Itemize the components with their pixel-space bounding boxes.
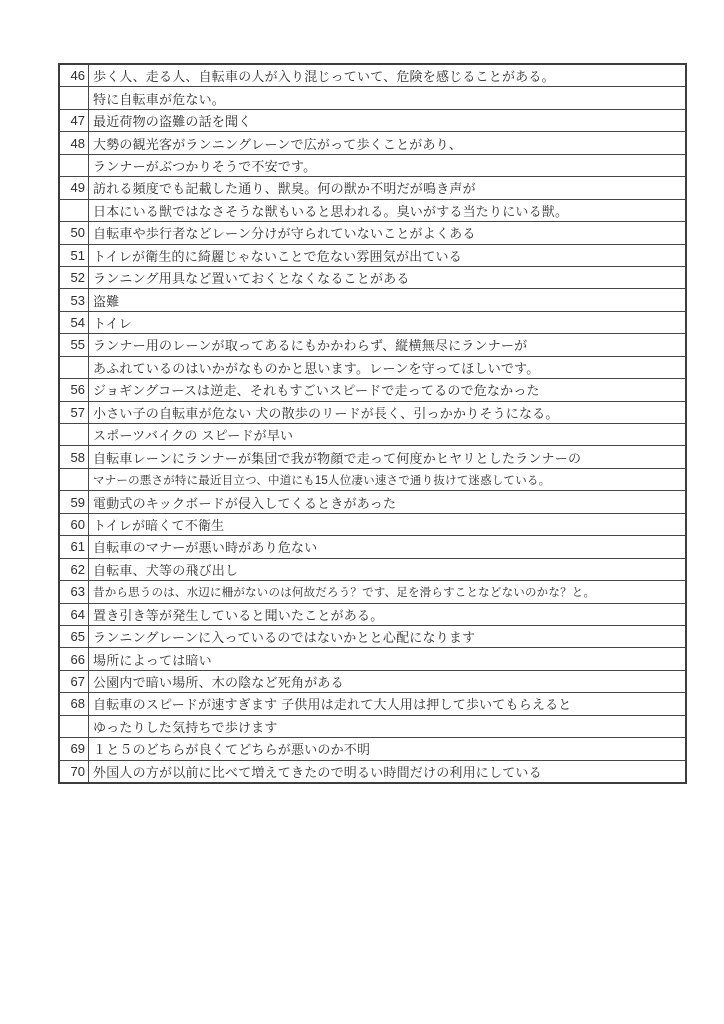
row-number-cell: 52 [60,267,89,288]
row-number-cell: 46 [60,65,89,86]
row-response-text: 自転車のスピードが速すぎます 子供用は走れて大人用は押して歩いてもらえると [89,693,685,714]
row-response-text: ジョギングコースは逆走、それもすごいスピードで走ってるので危なかった [89,379,685,400]
table-row: 57小さい子の自転車が危ない 犬の散歩のリードが長く、引っかかりそうになる。 [60,401,685,423]
row-number-cell: 65 [60,626,89,647]
table-row: 60トイレが暗くて不衛生 [60,513,685,535]
row-number-cell: 66 [60,648,89,669]
row-response-text: 置き引き等が発生していると聞いたことがある。 [89,604,685,625]
row-response-text: 最近荷物の盗難の話を聞く [89,110,685,131]
row-number-cell [60,155,89,176]
table-row: 特に自転車が危ない。 [60,86,685,108]
table-row: 67公園内で暗い場所、木の陰など死角がある [60,670,685,692]
row-response-text: ゆったりした気持ちで歩けます [89,716,685,737]
row-response-text: 小さい子の自転車が危ない 犬の散歩のリードが長く、引っかかりそうになる。 [89,402,685,423]
row-number-cell: 70 [60,761,89,782]
row-number-cell: 67 [60,671,89,692]
row-response-text: トイレが暗くて不衛生 [89,514,685,535]
row-number-cell [60,424,89,445]
table-row: 51トイレが衛生的に綺麗じゃないことで危ない雰囲気が出ている [60,244,685,266]
row-number-cell: 56 [60,379,89,400]
row-number-cell: 69 [60,738,89,759]
row-response-text: 外国人の方が以前に比べて増えてきたので明るい時間だけの利用にしている [89,761,685,782]
table-row: 68自転車のスピードが速すぎます 子供用は走れて大人用は押して歩いてもらえると [60,692,685,714]
table-row: 49訪れる頻度でも記載した通り、獣臭。何の獣か不明だが鳴き声が [60,176,685,198]
row-number-cell: 48 [60,132,89,153]
table-row: 48大勢の観光客がランニングレーンで広がって歩くことがあり、 [60,131,685,153]
row-number-cell: 50 [60,222,89,243]
row-number-cell: 64 [60,604,89,625]
row-response-text: 電動式のキックボードが侵入してくるときがあった [89,491,685,512]
row-response-text: 自転車や歩行者などレーン分けが守られていないことがよくある [89,222,685,243]
row-response-text: 自転車、犬等の飛び出し [89,559,685,580]
row-response-text: トイレが衛生的に綺麗じゃないことで危ない雰囲気が出ている [89,245,685,266]
row-response-text: トイレ [89,312,685,333]
table-row: マナーの悪さが特に最近目立つ、中道にも15人位凄い速さで通り抜けて迷惑している。 [60,468,685,490]
table-row: 64置き引き等が発生していると聞いたことがある。 [60,603,685,625]
row-number-cell: 55 [60,334,89,355]
row-response-text: 特に自転車が危ない。 [89,87,685,108]
row-number-cell: 61 [60,536,89,557]
row-response-text: 場所によっては暗い [89,648,685,669]
row-response-text: 歩く人、走る人、自転車の人が入り混じっていて、危険を感じることがある。 [89,65,685,86]
table-row: 47最近荷物の盗難の話を聞く [60,109,685,131]
row-number-cell [60,357,89,378]
row-response-text: 公園内で暗い場所、木の陰など死角がある [89,671,685,692]
row-number-cell: 47 [60,110,89,131]
table-row: 66場所によっては暗い [60,647,685,669]
row-number-cell: 68 [60,693,89,714]
row-number-cell: 60 [60,514,89,535]
table-row: 56ジョギングコースは逆走、それもすごいスピードで走ってるので危なかった [60,378,685,400]
row-response-text: ランニングレーンに入っているのではないかとと心配になります [89,626,685,647]
table-row: 54トイレ [60,311,685,333]
table-row: 52ランニング用具など置いておくとなくなることがある [60,266,685,288]
row-response-text: 昔から思うのは、水辺に柵がないのは何故だろう？です、足を滑らすことなどないのかな… [89,581,685,602]
row-response-text: 自転車のマナーが悪い時があり危ない [89,536,685,557]
row-number-cell: 62 [60,559,89,580]
row-response-text: １と５のどちらが良くてどちらが悪いのか不明 [89,738,685,759]
row-number-cell: 53 [60,289,89,310]
row-response-text: ランニング用具など置いておくとなくなることがある [89,267,685,288]
row-response-text: 日本にいる獣ではなさそうな獣もいると思われる。臭いがする当たりにいる獣。 [89,200,685,221]
table-row: 63昔から思うのは、水辺に柵がないのは何故だろう？です、足を滑らすことなどないの… [60,580,685,602]
row-number-cell: 63 [60,581,89,602]
table-row: 61自転車のマナーが悪い時があり危ない [60,535,685,557]
row-number-cell: 54 [60,312,89,333]
table-row: 50自転車や歩行者などレーン分けが守られていないことがよくある [60,221,685,243]
table-row: 55ランナー用のレーンが取ってあるにもかかわらず、縦横無尽にランナーが [60,333,685,355]
row-number-cell [60,469,89,490]
row-number-cell [60,716,89,737]
table-row: 62自転車、犬等の飛び出し [60,558,685,580]
table-row: あふれているのはいかがなものかと思います。レーンを守ってほしいです。 [60,356,685,378]
row-response-text: 訪れる頻度でも記載した通り、獣臭。何の獣か不明だが鳴き声が [89,177,685,198]
row-number-cell: 57 [60,402,89,423]
row-response-text: スポーツバイクの スピードが早い [89,424,685,445]
table-row: 70外国人の方が以前に比べて増えてきたので明るい時間だけの利用にしている [60,760,685,782]
table-row: 59電動式のキックボードが侵入してくるときがあった [60,490,685,512]
row-response-text: ランナー用のレーンが取ってあるにもかかわらず、縦横無尽にランナーが [89,334,685,355]
row-number-cell [60,200,89,221]
table-row: 69１と５のどちらが良くてどちらが悪いのか不明 [60,737,685,759]
row-number-cell: 59 [60,491,89,512]
table-row: 65ランニングレーンに入っているのではないかとと心配になります [60,625,685,647]
table-row: 日本にいる獣ではなさそうな獣もいると思われる。臭いがする当たりにいる獣。 [60,199,685,221]
row-number-cell: 58 [60,446,89,467]
survey-responses-table: 46歩く人、走る人、自転車の人が入り混じっていて、危険を感じることがある。特に自… [58,63,687,784]
row-response-text: 盗難 [89,289,685,310]
table-row: ゆったりした気持ちで歩けます [60,715,685,737]
document-page: 46歩く人、走る人、自転車の人が入り混じっていて、危険を感じることがある。特に自… [0,0,724,1024]
table-row: 46歩く人、走る人、自転車の人が入り混じっていて、危険を感じることがある。 [60,65,685,86]
row-response-text: 大勢の観光客がランニングレーンで広がって歩くことがあり、 [89,132,685,153]
row-number-cell: 49 [60,177,89,198]
row-response-text: 自転車レーンにランナーが集団で我が物顔で走って何度かヒヤリとしたランナーの [89,446,685,467]
row-number-cell [60,87,89,108]
row-response-text: あふれているのはいかがなものかと思います。レーンを守ってほしいです。 [89,357,685,378]
table-row: スポーツバイクの スピードが早い [60,423,685,445]
row-response-text: ランナーがぶつかりそうで不安です。 [89,155,685,176]
row-number-cell: 51 [60,245,89,266]
table-row: 58自転車レーンにランナーが集団で我が物顔で走って何度かヒヤリとしたランナーの [60,445,685,467]
table-row: ランナーがぶつかりそうで不安です。 [60,154,685,176]
row-response-text: マナーの悪さが特に最近目立つ、中道にも15人位凄い速さで通り抜けて迷惑している。 [89,469,685,490]
table-row: 53盗難 [60,288,685,310]
